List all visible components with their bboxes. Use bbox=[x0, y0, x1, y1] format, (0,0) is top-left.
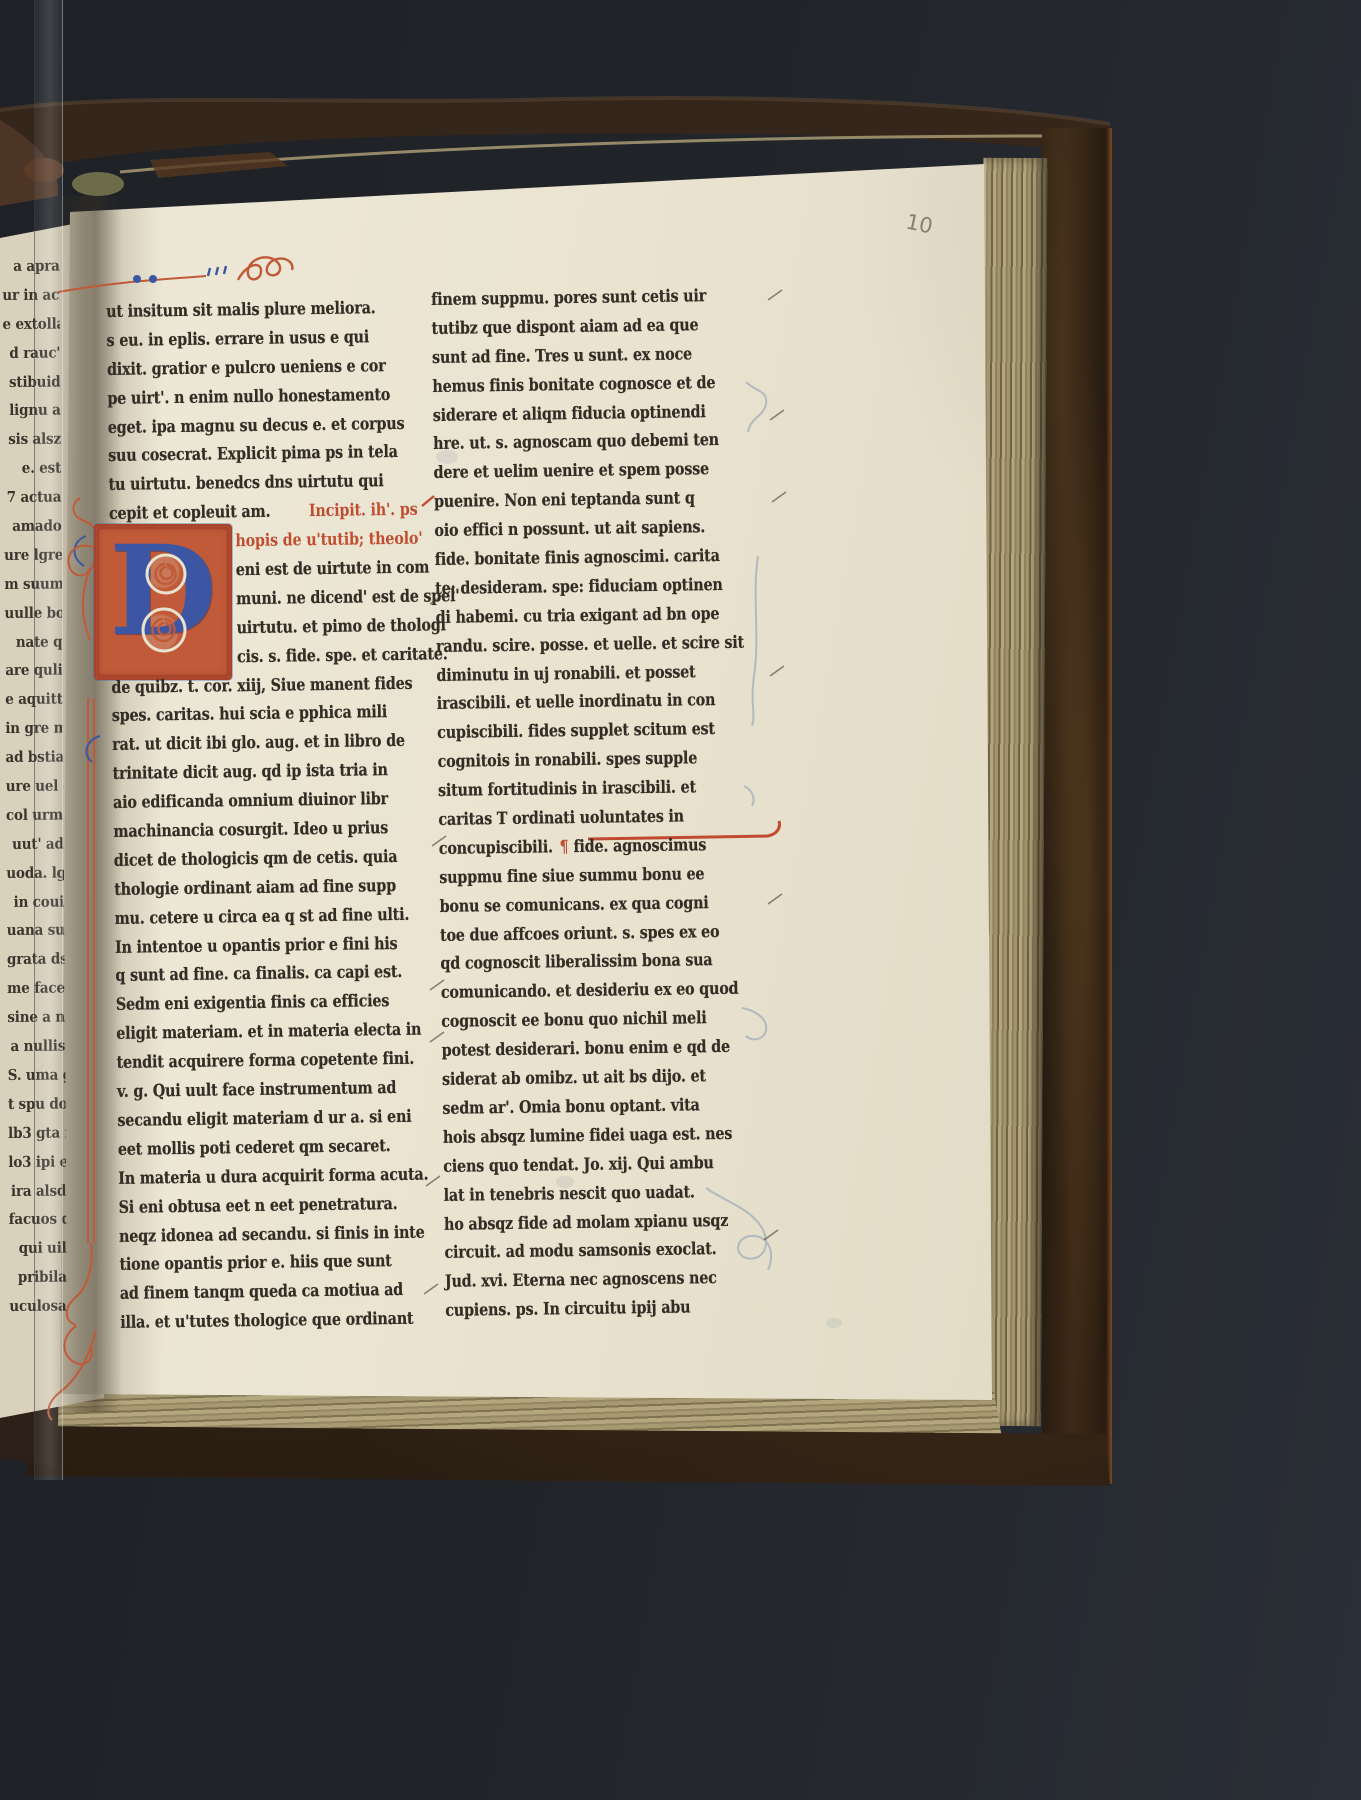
manuscript-text-line: neqz idonea ad secandu. si finis in inte bbox=[119, 1218, 455, 1252]
ink-text-segment: lat in tenebris nescit quo uadat. bbox=[444, 1182, 695, 1206]
ink-text-segment: ad finem tanqm queda ca motiua ad bbox=[120, 1280, 403, 1304]
ink-text-segment: cupiens. ps. In circuitu ipij abu bbox=[445, 1298, 690, 1321]
manuscript-text-line: Si eni obtusa eet n eet penetratura. bbox=[119, 1189, 455, 1223]
manuscript-text-line: pe uirt'. n enim nullo honestamento bbox=[107, 380, 443, 414]
ink-text-segment: ut insitum sit malis plure meliora. bbox=[106, 298, 376, 322]
ink-text-segment: thologie ordinant aiam ad fine supp bbox=[114, 876, 396, 900]
manuscript-text-line: tendit acquirere forma copetente fini. bbox=[116, 1044, 452, 1078]
manuscript-text-line: de quibz. t. cor. xiij, Siue manent fide… bbox=[111, 669, 447, 703]
ink-text-segment: mu. cetere u circa ea q st ad fine ulti. bbox=[115, 905, 410, 929]
ink-text-segment: muni. ne dicend' est de spel' bbox=[236, 586, 460, 609]
manuscript-text-line: machinancia cosurgit. Ideo u prius bbox=[113, 813, 449, 847]
rubric-text-segment: Incipit. ih'. ps bbox=[309, 500, 418, 522]
ink-text-segment: toe due affcoes oriunt. s. spes ex eo bbox=[440, 922, 720, 946]
ink-text-segment: cis. s. fide. spe. et caritate. bbox=[237, 644, 448, 667]
ink-text-segment: Jud. xvi. Eterna nec agnoscens nec bbox=[445, 1268, 717, 1292]
ink-text-segment: ciens quo tendat. Jo. xij. Qui ambu bbox=[443, 1153, 714, 1177]
manuscript-text-line: dicet de thologicis qm de cetis. quia bbox=[114, 842, 450, 876]
ink-text-segment: de quibz. t. cor. xiij, Siue manent fide… bbox=[111, 673, 412, 697]
ink-text-segment: irascibili. et uelle inordinatu in con bbox=[437, 691, 716, 715]
ink-text-segment: neqz idonea ad secandu. si finis in inte bbox=[119, 1222, 425, 1246]
ink-text-segment: In materia u dura acquirit forma acuta. bbox=[118, 1164, 428, 1188]
manuscript-text-line: rat. ut dicit ibi glo. aug. et in libro … bbox=[112, 727, 448, 761]
folio-number-pencil: 10 bbox=[904, 209, 935, 238]
ink-text-segment: Sedm eni exigentia finis ca efficies bbox=[116, 991, 390, 1015]
manuscript-text-line: cupiens. ps. In circuitu ipij abu bbox=[445, 1292, 790, 1326]
ink-text-segment: In intentoe u opantis prior e fini his bbox=[115, 934, 398, 958]
ink-text-segment: diminutu in uj ronabili. et posset bbox=[436, 662, 695, 686]
ink-text-segment: qd cognoscit liberalissim bona sua bbox=[440, 951, 712, 975]
ink-text-segment: q sunt ad fine. ca finalis. ca capi est. bbox=[115, 962, 402, 986]
manuscript-text-line: trinitate dicit aug. qd ip ista tria in bbox=[112, 756, 448, 790]
ink-text-segment: aio edificanda omnium diuinor libr bbox=[113, 789, 388, 813]
manuscript-text-line: illa. et u'tutes thologice que ordinant bbox=[120, 1304, 456, 1338]
manuscript-text-line: eligit materiam. et in materia electa in bbox=[116, 1016, 452, 1050]
ink-text-segment: Si eni obtusa eet n eet penetratura. bbox=[119, 1194, 398, 1218]
ink-text-segment: siderat ab omibz. ut ait bs dijo. et bbox=[442, 1066, 706, 1090]
ink-text-segment: trinitate dicit aug. qd ip ista tria in bbox=[113, 760, 388, 784]
ink-text-segment: tu uirtutu. benedcs dns uirtutu qui bbox=[108, 471, 383, 495]
ink-text-segment: situm fortitudinis in irascibili. et bbox=[438, 777, 696, 801]
manuscript-text-line: s eu. in eplis. errare in usus e qui bbox=[106, 322, 442, 356]
ink-text-segment: spes. caritas. hui scia e pphica mili bbox=[112, 703, 388, 727]
ink-text-segment: illa. et u'tutes thologice que ordinant bbox=[120, 1309, 413, 1333]
manuscript-text-line: comunicando. et desideriu ex eo quod bbox=[441, 974, 786, 1008]
manuscript-text-line: v. g. Qui uult face instrumentum ad bbox=[117, 1073, 453, 1107]
manuscript-text-line: cepit et copleuit am.Incipit. ih'. ps bbox=[109, 496, 445, 530]
manuscript-text-line: ut insitum sit malis plure meliora. bbox=[106, 293, 442, 327]
ink-text-segment: hois absqz lumine fidei uaga est. nes bbox=[443, 1124, 733, 1148]
ink-text-segment: finem suppmu. pores sunt cetis uir bbox=[431, 286, 706, 310]
ink-text-segment: siderare et aliqm fiducia optinendi bbox=[433, 402, 706, 426]
ink-text-segment: suppmu fine siue summu bonu ee bbox=[439, 864, 704, 888]
ink-text-segment: fide. agnoscimus bbox=[573, 835, 706, 857]
ink-text-segment: machinancia cosurgit. Ideo u prius bbox=[113, 818, 388, 842]
manuscript-text-line: tu uirtutu. benedcs dns uirtutu qui bbox=[108, 467, 444, 501]
manuscript-text-line: Sedm eni exigentia finis ca efficies bbox=[116, 987, 452, 1021]
ink-text-segment: rat. ut dicit ibi glo. aug. et in libro … bbox=[112, 731, 405, 755]
ink-text-segment: fide. bonitate finis agnoscimi. carita bbox=[435, 546, 720, 570]
manuscript-text-line: q sunt ad fine. ca finalis. ca capi est. bbox=[115, 958, 451, 992]
manuscript-text-line: ad finem tanqm queda ca motiua ad bbox=[120, 1275, 456, 1309]
ink-text-segment: dere et uelim uenire et spem posse bbox=[433, 459, 709, 483]
ink-text-segment: te: desideram. spe: fiduciam optinen bbox=[435, 575, 723, 599]
ink-text-segment: eligit materiam. et in materia electa in bbox=[116, 1020, 421, 1044]
ink-text-segment: eni est de uirtute in com bbox=[236, 558, 430, 581]
manuscript-text-line: suu cosecrat. Explicit pima ps in tela bbox=[108, 438, 444, 472]
manuscript-text-line: muni. ne dicend' est de spel' bbox=[110, 582, 446, 616]
right-text-column: finem suppmu. pores sunt cetis uirtutibz… bbox=[431, 281, 790, 1326]
rubric-text-segment: ¶ bbox=[559, 837, 568, 857]
ink-text-segment: comunicando. et desideriu ex eo quod bbox=[441, 979, 739, 1003]
manuscript-text-line: mu. cetere u circa ea q st ad fine ulti. bbox=[114, 900, 450, 934]
ink-text-segment: oio effici n possunt. ut ait sapiens. bbox=[434, 517, 705, 541]
ink-text-segment: cognoscit ee bonu quo nichil meli bbox=[441, 1008, 707, 1032]
ink-text-segment: uirtutu. et pimo de thologi bbox=[236, 615, 446, 638]
manuscript-text-line: randu. scire. posse. et uelle. et scire … bbox=[436, 628, 781, 662]
ink-text-segment: cepit et copleuit am. bbox=[109, 502, 271, 524]
manuscript-text-line: eet mollis poti cederet qm secaret. bbox=[118, 1131, 454, 1165]
left-text-column: ut insitum sit malis plure meliora.s eu.… bbox=[106, 293, 456, 1338]
ink-text-segment: dixit. gratior e pulcro ueniens e cor bbox=[107, 356, 386, 380]
ink-text-segment: eet mollis poti cederet qm secaret. bbox=[118, 1136, 391, 1160]
top-flourish-decoration bbox=[58, 257, 292, 292]
ink-text-segment: hre. ut. s. agnoscam quo debemi ten bbox=[433, 430, 719, 454]
manuscript-text-line: cis. s. fide. spe. et caritate. bbox=[111, 640, 447, 674]
ink-text-segment: tione opantis prior e. hiis que sunt bbox=[119, 1251, 391, 1275]
ink-text-segment: cognitois in ronabili. spes supple bbox=[438, 749, 698, 773]
manuscript-text-line: In materia u dura acquirit forma acuta. bbox=[118, 1160, 454, 1194]
ink-text-segment: puenire. Non eni teptanda sunt q bbox=[434, 489, 695, 513]
manuscript-text-line: uirtutu. et pimo de thologi bbox=[110, 611, 446, 645]
ink-text-segment: concupiscibili. bbox=[439, 837, 553, 859]
ink-text-segment: sedm ar'. Omia bonu optant. vita bbox=[442, 1095, 699, 1119]
ink-text-segment: bonu se comunicans. ex qua cogni bbox=[440, 893, 709, 917]
ink-text-segment: randu. scire. posse. et uelle. et scire … bbox=[436, 632, 744, 656]
ink-text-segment: tutibz que dispont aiam ad ea que bbox=[431, 315, 698, 339]
book-cradle-clamp-strip bbox=[34, 0, 63, 1480]
manuscript-text-line: secandu eligit materiam d ur a. si eni bbox=[117, 1102, 453, 1136]
manuscript-text-line: In intentoe u opantis prior e fini his bbox=[115, 929, 451, 963]
ink-text-segment: tendit acquirere forma copetente fini. bbox=[117, 1049, 415, 1073]
ink-text-segment: caritas T ordinati uoluntates in bbox=[438, 807, 684, 830]
ink-text-segment: circuit. ad modu samsonis exoclat. bbox=[444, 1239, 716, 1263]
ink-text-segment: dicet de thologicis qm de cetis. quia bbox=[114, 847, 398, 871]
ink-text-segment: suu cosecrat. Explicit pima ps in tela bbox=[108, 442, 398, 466]
ink-text-segment: potest desiderari. bonu enim e qd de bbox=[442, 1037, 731, 1061]
ink-text-segment: di habemi. cu tria exigant ad bn ope bbox=[435, 604, 719, 628]
manuscript-text-line: thologie ordinant aiam ad fine supp bbox=[114, 871, 450, 905]
manuscript-text-line: aio edificanda omnium diuinor libr bbox=[113, 784, 449, 818]
ink-text-segment: sunt ad fine. Tres u sunt. ex noce bbox=[432, 344, 692, 368]
ink-text-segment: secandu eligit materiam d ur a. si eni bbox=[117, 1107, 411, 1131]
manuscript-text-line: spes. caritas. hui scia e pphica mili bbox=[112, 698, 448, 732]
ink-text-segment: hemus finis bonitate cognosce et de bbox=[432, 373, 715, 397]
manuscript-text-line: eni est de uirtute in com bbox=[110, 553, 446, 587]
ink-text-segment: s eu. in eplis. errare in usus e qui bbox=[106, 327, 369, 351]
manuscript-text-line: tione opantis prior e. hiis que sunt bbox=[119, 1247, 455, 1281]
ink-text-segment: eget. ipa magnu su decus e. et corpus bbox=[108, 413, 405, 437]
ink-text-segment: ho absqz fide ad molam xpianu usqz bbox=[444, 1210, 728, 1234]
ink-text-segment: v. g. Qui uult face instrumentum ad bbox=[117, 1078, 396, 1102]
manuscript-text-line: dixit. gratior e pulcro ueniens e cor bbox=[107, 351, 443, 385]
manuscript-text-line: eget. ipa magnu su decus e. et corpus bbox=[108, 409, 444, 443]
manuscript-text-line: hopis de u'tutib; theolo' bbox=[109, 524, 445, 558]
ink-text-segment: pe uirt'. n enim nullo honestamento bbox=[107, 385, 390, 409]
rubric-text-segment: hopis de u'tutib; theolo' bbox=[235, 529, 422, 552]
ink-text-segment: cupiscibili. fides supplet scitum est bbox=[437, 719, 715, 743]
